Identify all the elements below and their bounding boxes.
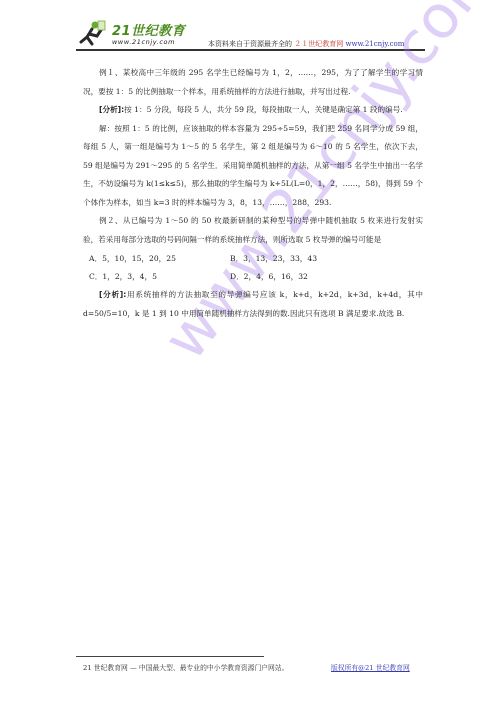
example-1-solution: 解：按照 1：5 的比例，应该抽取的样本容量为 295÷5=59，我们把 259… [83, 120, 423, 213]
header-brand-link[interactable]: ２１世纪教育网 [294, 40, 343, 48]
answer-options: A．5，10，15，20，25 B．3，13，23，33，43 C．1，2，3，… [83, 250, 423, 286]
header-source-note: 本资料来自于资源最齐全的 ２１世纪教育网 www.21cnjy.com [208, 39, 404, 49]
header-divider [76, 49, 425, 51]
example-2-analysis: [分析]:用系统抽样的方法抽取至的导弹编号应该 k，k+d，k+2d，k+3d，… [83, 286, 423, 323]
analysis-label: [分析]: [99, 105, 124, 114]
analysis-text: 用系统抽样的方法抽取至的导弹编号应该 k，k+d，k+2d，k+3d，k+4d，… [83, 290, 423, 318]
example-2-question: 例２、从已编号为 1～50 的 50 枚最新研制的某种型号的导弹中随机抽取 5 … [83, 212, 423, 249]
footer-copyright-link[interactable]: 版权所有@21 世纪教育网 [331, 662, 410, 672]
site-logo: 21世纪教育 www.21cnjy.com [76, 14, 196, 50]
analysis-text: 按 1：5 分段，每段 5 人，共分 59 段，每段抽取一人，关键是确定第 1 … [124, 105, 403, 114]
analysis-label: [分析]: [99, 290, 126, 299]
option-b: B．3，13，23，33，43 [230, 250, 317, 269]
page-header: 21世纪教育 www.21cnjy.com 本资料来自于资源最齐全的 ２１世纪教… [76, 14, 426, 51]
option-a: A．5，10，15，20，25 [89, 250, 176, 269]
example-1-question: 例１、某校高中三年级的 295 名学生已经编号为 1，2，……，295，为了了解… [83, 64, 423, 101]
logo-url: www.21cnjy.com [112, 38, 175, 46]
runner-logo-icon [78, 20, 106, 48]
header-url-link[interactable]: www.21cnjy.com [345, 40, 404, 48]
option-c: C．1，2，3，4，5 [89, 268, 157, 287]
header-note-prefix: 本资料来自于资源最齐全的 [208, 40, 292, 48]
footer-divider [76, 656, 264, 657]
document-body: 例１、某校高中三年级的 295 名学生已经编号为 1，2，……，295，为了了解… [83, 64, 423, 323]
example-1-analysis: [分析]:按 1：5 分段，每段 5 人，共分 59 段，每段抽取一人，关键是确… [83, 101, 423, 120]
logo-title: 21世纪教育 [112, 20, 185, 39]
footer-tagline: 21 世纪教育网 — 中国最大型、最专业的中小学教育资源门户网站。 [83, 662, 288, 672]
option-d: D．2，4，6，16，32 [230, 268, 308, 287]
